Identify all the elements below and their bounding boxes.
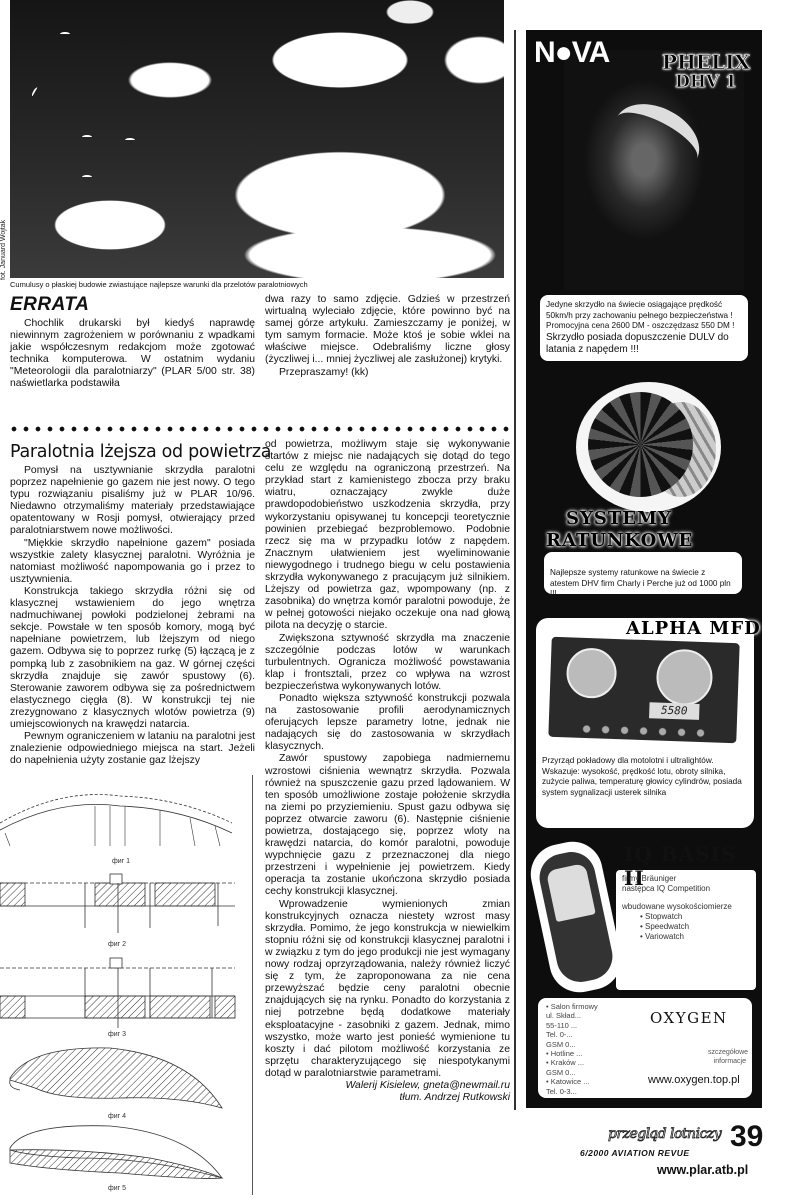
photo-credit: fot. Januard Wojtak	[0, 210, 10, 280]
iq-ad-line: wbudowane wysokościomierze	[622, 902, 750, 912]
alpha-mfd-ad: 5580 Przyrząd pokładowy dla motolotni i …	[536, 618, 754, 828]
iq-basis-device	[525, 836, 627, 998]
article-paragraph: Zawór spustowy zapobiega nadmiernemu wzr…	[265, 753, 510, 898]
errata-paragraph: Chochlik drukarski był kiedyś naprawdę n…	[10, 318, 255, 391]
alpha-ad-text: Przyrząd pokładowy dla motolotni i ultra…	[542, 756, 748, 798]
article-paragraph: Pewnym ograniczeniem w lataniu na paralo…	[10, 731, 255, 767]
nova-ad-line: 50km/h przy zachowaniu pełnego bezpiecze…	[546, 311, 742, 322]
paraglider-glyph	[31, 87, 39, 98]
svg-text:фиг 3: фиг 3	[108, 1031, 126, 1038]
translator-credit: tłum. Andrzej Rutkowski	[265, 1092, 510, 1104]
issue-label: 6/2000 AVIATION REVUE	[580, 1148, 690, 1158]
article-paragraph: od powietrza, możliwym staje się wykonyw…	[265, 439, 510, 633]
iq-device-body	[535, 848, 617, 987]
errata-column-2: dwa razy to samo zdjęcie. Gdzieś w przes…	[265, 294, 510, 379]
article-paragraph: Wprowadzenie wymienionych zmian konstruk…	[265, 899, 510, 1080]
iq-ad-line: • Stopwatch	[622, 912, 750, 922]
oxygen-website-link[interactable]: www.oxygen.top.pl	[648, 1076, 740, 1085]
article-paragraph: Pomysł na usztywnianie skrzydła paralotn…	[10, 465, 255, 538]
rescue-title-line2: RATUNKOWE	[546, 530, 693, 551]
errata-column-1: Chochlik drukarski był kiedyś naprawdę n…	[10, 318, 255, 391]
svg-text:фиг 2: фиг 2	[108, 941, 126, 948]
photo-caption: Cumulusy o płaskiej budowie zwiastujące …	[10, 280, 308, 289]
device-button-row	[578, 724, 708, 739]
svg-text:фиг 1: фиг 1	[112, 858, 130, 865]
phelix-title: PHELIX DHV 1	[656, 52, 756, 92]
paraglider-glyph	[82, 135, 92, 139]
nova-ad-highlight: Skrzydło posiada dopuszczenie DULV do la…	[546, 332, 742, 356]
article-paragraph: Zwiększona sztywność skrzydła ma znaczen…	[265, 633, 510, 693]
article-title: Paralotnia lżejsza od powietrza	[10, 442, 271, 462]
errata-heading: ERRATA	[10, 294, 89, 316]
article-paragraph: Ponadto większa sztywność konstrukcji po…	[265, 693, 510, 753]
article-column-1: Pomysł na usztywnianie skrzydła paralotn…	[10, 465, 255, 767]
rescue-ad-textbox: Najlepsze systemy ratunkowe na świecie z…	[544, 552, 742, 594]
iq-device-screen	[546, 863, 596, 922]
alpha-mfd-device: 5580	[548, 637, 739, 744]
wing-patent-diagram: фиг 1 фиг 2 фиг 3 фиг 4 фиг 5	[0, 778, 250, 1198]
article-paragraph: Konstrukcja takiego skrzydła różni się o…	[10, 586, 255, 731]
oxygen-dealer-box: • Salon firmowy ul. Skład... 55-110 ... …	[538, 998, 752, 1098]
column-divider	[514, 30, 516, 1110]
diagram-border	[252, 775, 253, 1195]
magazine-website-link[interactable]: www.plar.atb.pl	[657, 1163, 748, 1177]
gauge-right	[656, 648, 714, 706]
oxygen-info-label: szczegółowe informacje	[708, 1048, 746, 1066]
oxygen-contact-line: Tel. 0-...	[546, 1030, 744, 1039]
lcd-display: 5580	[649, 702, 700, 720]
phelix-model: PHELIX	[662, 50, 750, 74]
parachute-canopy	[588, 392, 693, 497]
rescue-ad-text: Najlepsze systemy ratunkowe na świecie z…	[550, 568, 736, 600]
svg-text:фиг 5: фиг 5	[108, 1185, 126, 1192]
alpha-title: ALPHA MFD	[626, 618, 761, 639]
page-number: 39	[730, 1120, 763, 1154]
nova-ad-line: Jedyne skrzydło na świecie osiągające pr…	[546, 300, 742, 311]
magazine-logo: przegląd lotniczy	[608, 1126, 721, 1142]
iq-ad-line: • Variowatch	[622, 932, 750, 942]
rescue-title-line1: SYSTEMY	[566, 508, 672, 529]
rescue-parachute-graphic	[576, 382, 721, 512]
oxygen-contact-line: Tel. 0-3...	[546, 1087, 744, 1096]
paraglider-glyph	[125, 138, 135, 142]
svg-text:фиг 4: фиг 4	[108, 1113, 126, 1120]
oxygen-logo: OXYGEN	[650, 1014, 728, 1023]
article-column-2: od powietrza, możliwym staje się wykonyw…	[265, 418, 510, 1104]
iq-title: IQ BASIS II	[624, 842, 762, 890]
article-paragraph: "Miękkie skrzydło napełnione gazem" posi…	[10, 538, 255, 586]
paraglider-glyph	[82, 175, 92, 179]
advertisement-panel: N●VA PHELIX DHV 1 Jedyne skrzydło na świ…	[526, 30, 762, 1108]
iq-ad-line: • Speedwatch	[622, 922, 750, 932]
errata-signoff: Przepraszamy! (kk)	[265, 367, 510, 379]
phelix-rating: DHV 1	[656, 72, 756, 92]
nova-ad-line: Promocyjna cena 2600 DM - oszczędzasz 55…	[546, 321, 742, 332]
nova-logo: N●VA	[534, 36, 634, 70]
author-credit: Walerij Kisielew, gneta@newmail.ru	[265, 1080, 510, 1092]
cumulus-photo	[10, 0, 504, 278]
gauge-left	[566, 647, 618, 699]
errata-paragraph: dwa razy to samo zdjęcie. Gdzieś w przes…	[265, 294, 510, 367]
nova-ad-textbox: Jedyne skrzydło na świecie osiągające pr…	[540, 295, 748, 361]
paraglider-glyph	[60, 32, 70, 36]
